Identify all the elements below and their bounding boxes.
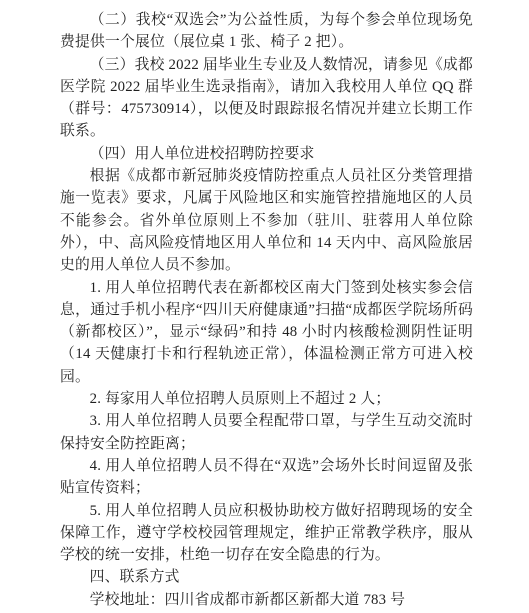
- para-item-2-booth: （二）我校“双选会”为公益性质，为每个参会单位现场免费提供一个展位（展位桌 1 …: [60, 9, 473, 54]
- para-item-3-graduates: （三）我校 2022 届毕业生专业及人数情况，请参见《成都医学院 2022 届毕…: [60, 54, 473, 143]
- document-body: （二）我校“双选会”为公益性质，为每个参会单位现场免费提供一个展位（展位桌 1 …: [60, 9, 473, 611]
- para-rule-1: 1. 用人单位招聘代表在新都校区南大门签到处核实参会信息，通过手机小程序“四川天…: [60, 277, 473, 388]
- heading-contact-info: 四、联系方式: [60, 566, 473, 588]
- heading-item-4-prevention: （四）用人单位进校招聘防控要求: [60, 143, 473, 165]
- para-school-address: 学校地址：四川省成都市新都区新都大道 783 号: [60, 589, 473, 611]
- para-rule-3: 3. 用人单位招聘人员要全程配带口罩，与学生互动交流时保持安全防控距离；: [60, 410, 473, 455]
- para-rule-5: 5. 用人单位招聘人员应积极协助校方做好招聘现场的安全保障工作，遵守学校校园管理…: [60, 500, 473, 567]
- para-rule-2: 2. 每家用人单位招聘人员原则上不超过 2 人；: [60, 388, 473, 410]
- para-prevention-basis: 根据《成都市新冠肺炎疫情防控重点人员社区分类管理措施一览表》要求，凡属于风险地区…: [60, 165, 473, 276]
- para-rule-4: 4. 用人单位招聘人员不得在“双选”会场外长时间逗留及张贴宣传资料；: [60, 455, 473, 500]
- document-page: （二）我校“双选会”为公益性质，为每个参会单位现场免费提供一个展位（展位桌 1 …: [0, 0, 529, 613]
